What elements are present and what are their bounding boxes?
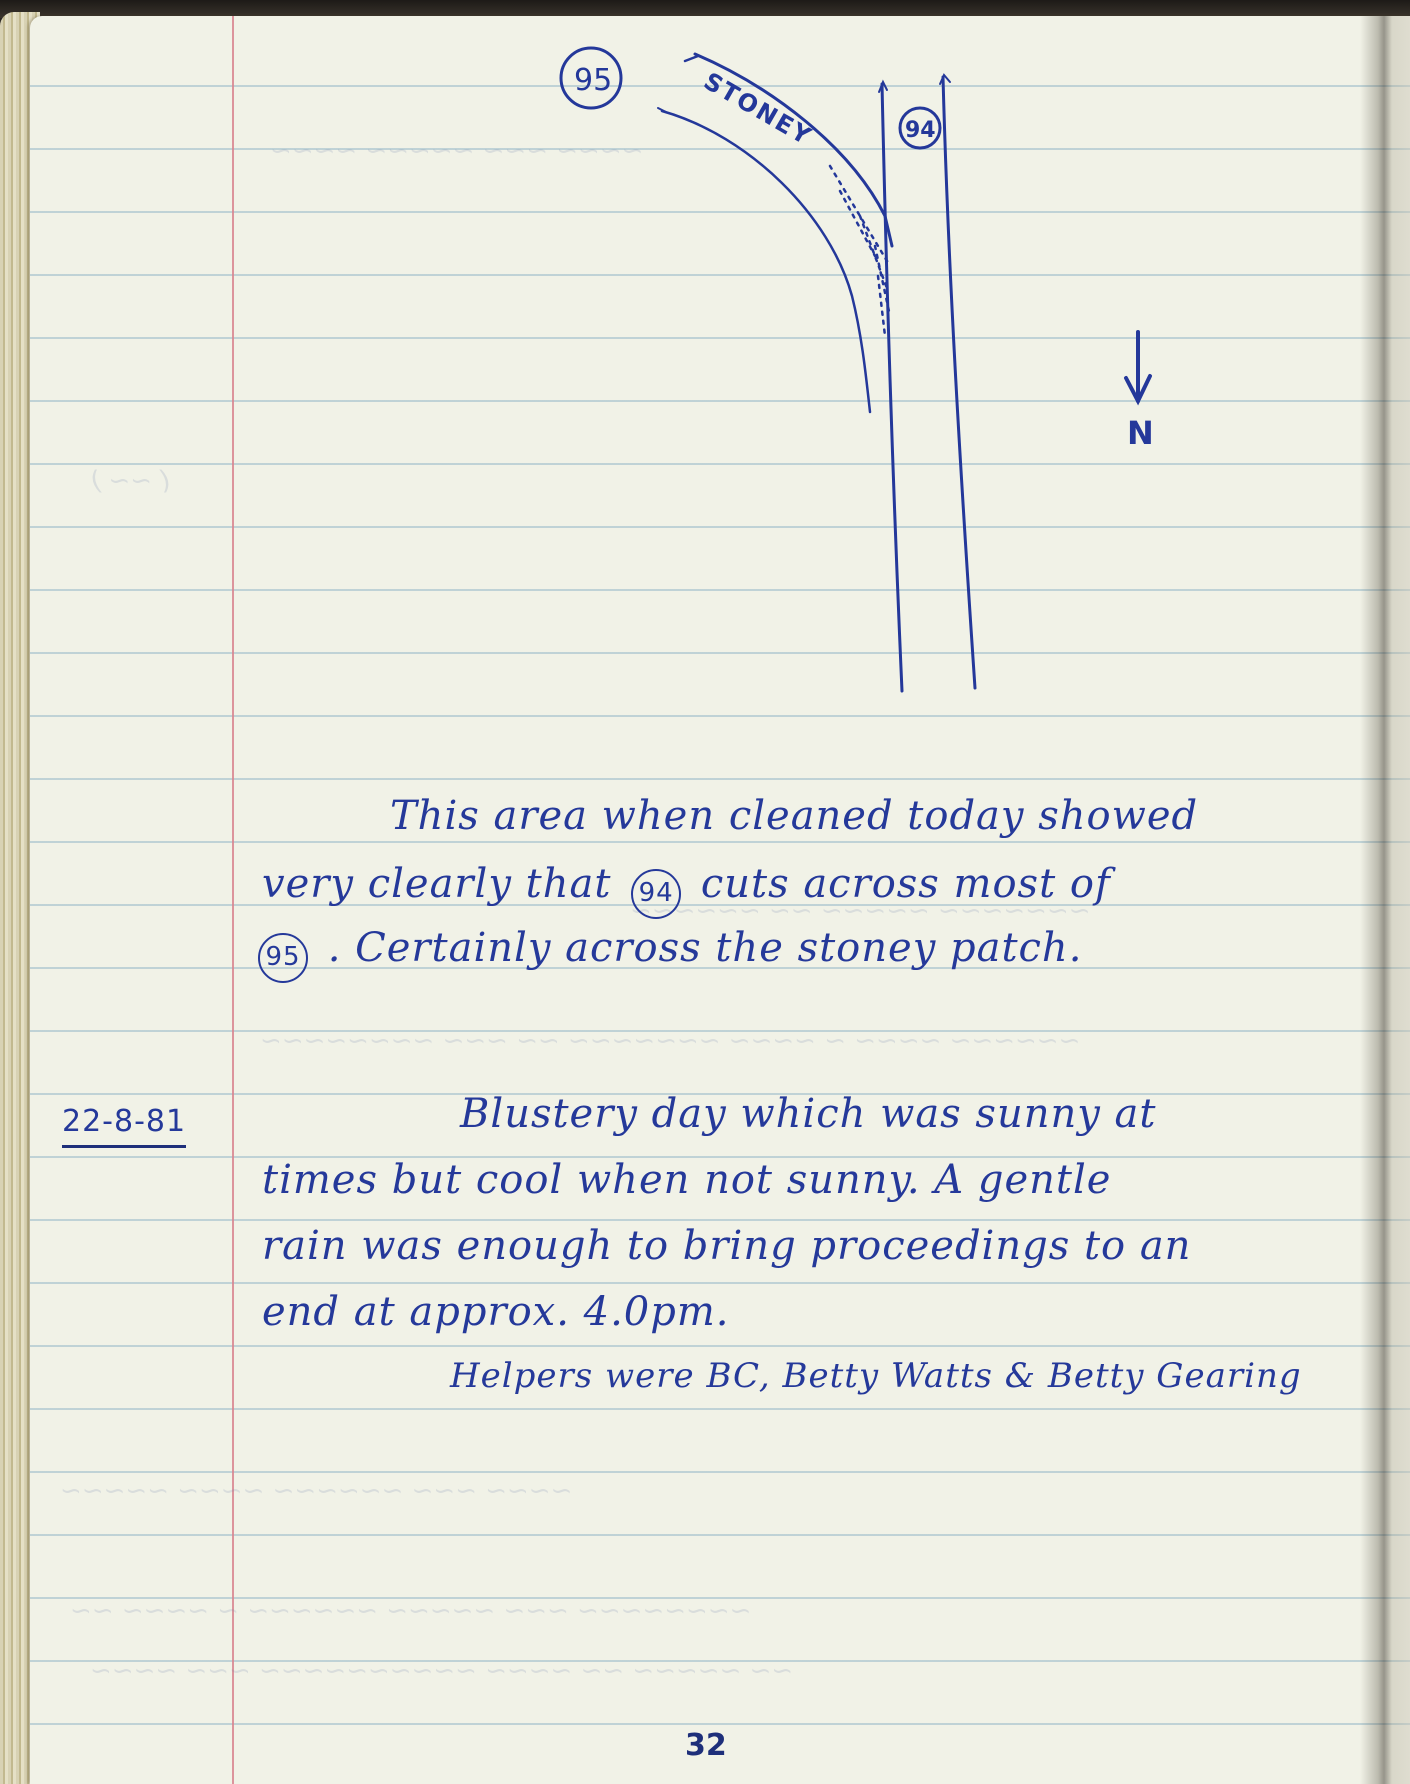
page-number: 32	[685, 1728, 727, 1763]
feature-94-ref: 94	[631, 869, 681, 919]
entry-date: 22-8-81	[62, 1104, 186, 1139]
feature-94-west-edge	[882, 84, 902, 691]
entry-1-line-2-text: very clearly that	[262, 861, 611, 907]
stoney-stipple	[830, 166, 890, 336]
date-label: 22-8-81	[62, 1104, 186, 1148]
feature-94-label: 94	[905, 118, 936, 143]
feature-94-east-edge	[943, 77, 975, 688]
entry-2-line-5: Helpers were BC, Betty Watts & Betty Gea…	[450, 1356, 1302, 1396]
entry-2-line-4: end at approx. 4.0pm.	[262, 1292, 730, 1332]
feature-95-label: 95	[574, 63, 612, 98]
entry-2-line-2: times but cool when not sunny. A gentle	[262, 1160, 1111, 1200]
feature-sketch: 95 94 STONEY N	[30, 16, 1410, 776]
entry-2-line-1: Blustery day which was sunny at	[460, 1094, 1156, 1134]
north-label: N	[1127, 414, 1154, 452]
entry-1-line-2-tail: cuts across most of	[701, 861, 1111, 907]
entry-1-line-1: This area when cleaned today showed	[390, 796, 1198, 836]
feature-95-ref: 95	[258, 933, 308, 983]
notebook-page: ~~~~ ~~~ ~~~~~ ~~~~ ( ~~ ) ~~~~~~~ ~~~~~…	[30, 16, 1410, 1784]
entry-2-line-3: rain was enough to bring proceedings to …	[262, 1226, 1191, 1266]
entry-1-line-3: 95 . Certainly across the stoney patch.	[252, 928, 1082, 983]
stoney-label: STONEY	[699, 67, 817, 151]
entry-1-line-2: very clearly that 94 cuts across most of	[262, 864, 1111, 919]
entry-1-line-3-text: . Certainly across the stoney patch.	[328, 925, 1083, 971]
